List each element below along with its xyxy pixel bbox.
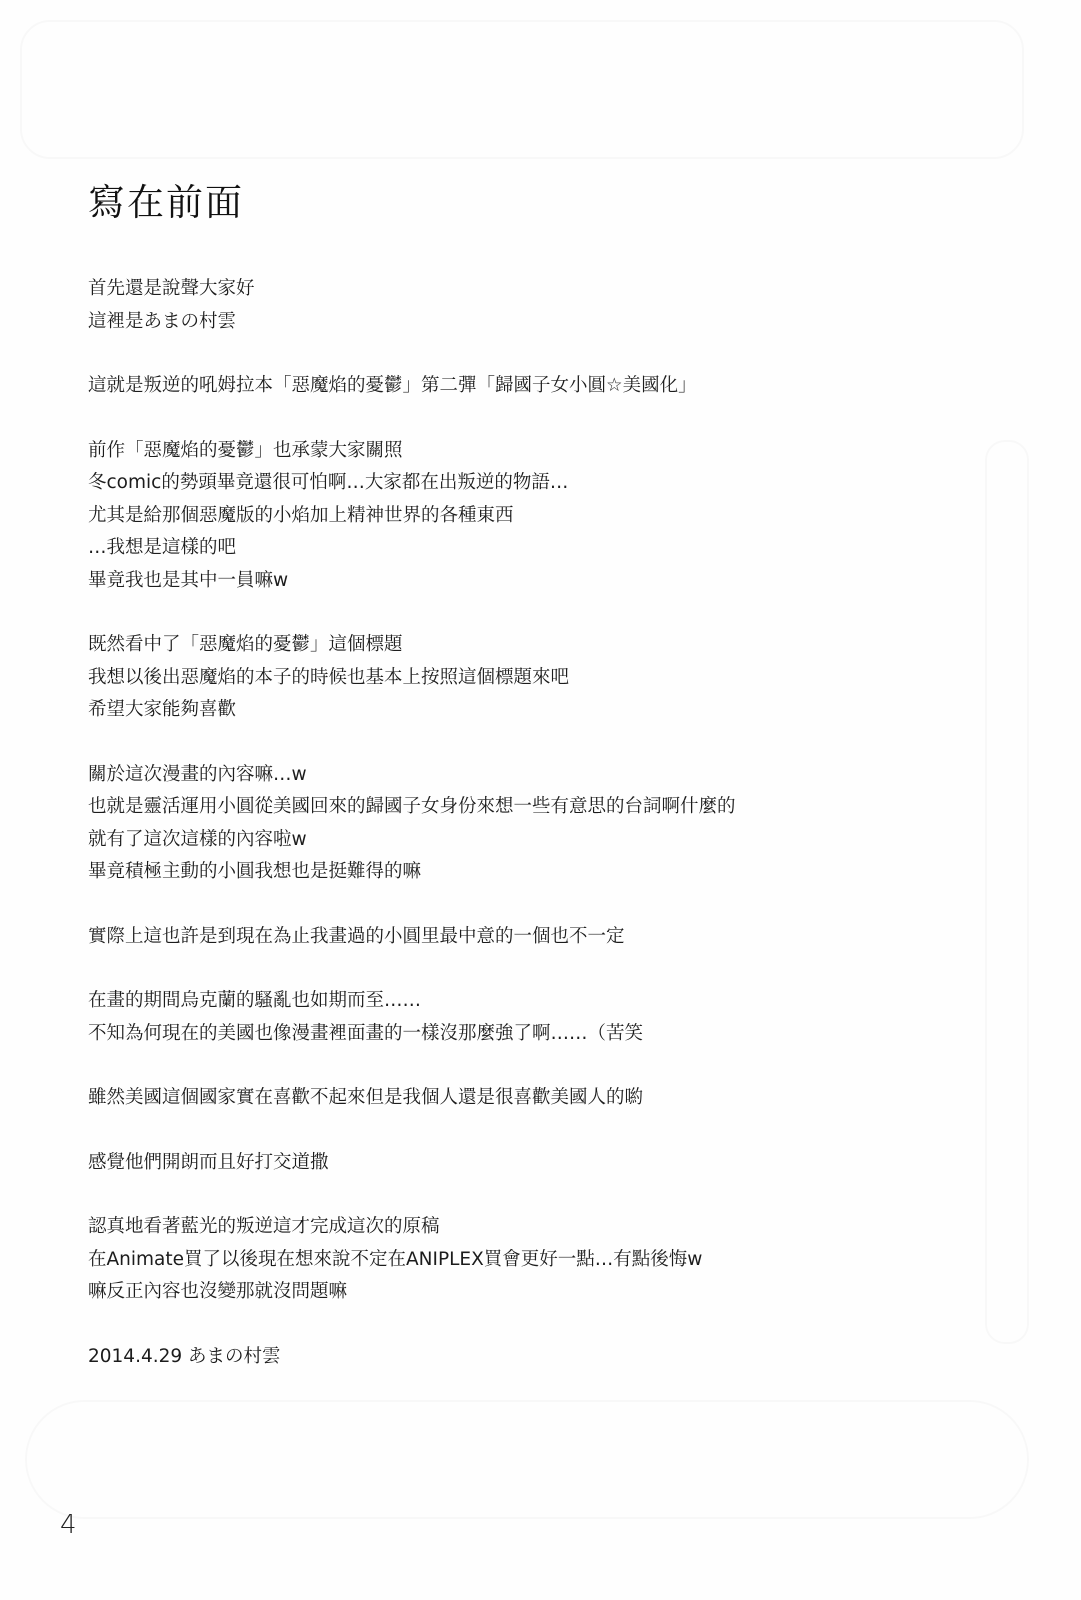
text-line: 尤其是給那個惡魔版的小焰加上精神世界的各種東西 bbox=[88, 500, 988, 533]
page-number: 4 bbox=[60, 1510, 77, 1540]
text-line: 感覺他們開朗而且好打交道撒 bbox=[88, 1147, 988, 1180]
afterword-body: 首先還是說聲大家好 這裡是あまの村雲 這就是叛逆的吼姆拉本「惡魔焰的憂鬱」第二彈… bbox=[88, 273, 988, 1373]
paragraph-previous-work: 前作「惡魔焰的憂鬱」也承蒙大家關照 冬comic的勢頭畢竟還很可怕啊…大家都在出… bbox=[88, 435, 988, 598]
scan-bleedthrough-right bbox=[985, 440, 1029, 1344]
scan-bleedthrough-bottom bbox=[25, 1400, 1029, 1519]
paragraph-introduction: 這就是叛逆的吼姆拉本「惡魔焰的憂鬱」第二彈「歸國子女小圓☆美國化」 bbox=[88, 370, 988, 403]
text-line: 在Animate買了以後現在想來說不定在ANIPLEX買會更好一點…有點後悔w bbox=[88, 1244, 988, 1277]
text-line: 畢竟積極主動的小圓我想也是挺難得的嘛 bbox=[88, 856, 988, 889]
text-line: 首先還是說聲大家好 bbox=[88, 273, 988, 306]
text-line: 希望大家能夠喜歡 bbox=[88, 694, 988, 727]
text-line: 不知為何現在的美國也像漫畫裡面畫的一樣沒那麼強了啊……（苦笑 bbox=[88, 1018, 988, 1051]
paragraph-ukraine: 在畫的期間烏克蘭的騷亂也如期而至…… 不知為何現在的美國也像漫畫裡面畫的一樣沒那… bbox=[88, 985, 988, 1050]
text-line: 雖然美國這個國家實在喜歡不起來但是我個人還是很喜歡美國人的喲 bbox=[88, 1082, 988, 1115]
paragraph-greeting: 首先還是說聲大家好 這裡是あまの村雲 bbox=[88, 273, 988, 338]
scan-bleedthrough-top bbox=[20, 20, 1024, 159]
text-line: 就有了這次這樣的內容啦w bbox=[88, 824, 988, 857]
text-line: 關於這次漫畫的內容嘛…w bbox=[88, 759, 988, 792]
text-line: 在畫的期間烏克蘭的騷亂也如期而至…… bbox=[88, 985, 988, 1018]
paragraph-series-title: 既然看中了「惡魔焰的憂鬱」這個標題 我想以後出惡魔焰的本子的時候也基本上按照這個… bbox=[88, 629, 988, 727]
text-line: 畢竟我也是其中一員嘛w bbox=[88, 565, 988, 598]
page-title: 寫在前面 bbox=[88, 178, 244, 228]
signature-date-author: 2014.4.29 あまの村雲 bbox=[88, 1341, 988, 1374]
paragraph-favorite: 實際上這也許是到現在為止我畫過的小圓里最中意的一個也不一定 bbox=[88, 921, 988, 954]
text-line: 認真地看著藍光的叛逆這才完成這次的原稿 bbox=[88, 1211, 988, 1244]
paragraph-manuscript: 認真地看著藍光的叛逆這才完成這次的原稿 在Animate買了以後現在想來說不定在… bbox=[88, 1211, 988, 1309]
paragraph-content: 關於這次漫畫的內容嘛…w 也就是靈活運用小圓從美國回來的歸國子女身份來想一些有意… bbox=[88, 759, 988, 889]
text-line: 這就是叛逆的吼姆拉本「惡魔焰的憂鬱」第二彈「歸國子女小圓☆美國化」 bbox=[88, 370, 988, 403]
text-line: 也就是靈活運用小圓從美國回來的歸國子女身份來想一些有意思的台詞啊什麼的 bbox=[88, 791, 988, 824]
document-page: 寫在前面 首先還是說聲大家好 這裡是あまの村雲 這就是叛逆的吼姆拉本「惡魔焰的憂… bbox=[0, 0, 1081, 1600]
text-line: 前作「惡魔焰的憂鬱」也承蒙大家關照 bbox=[88, 435, 988, 468]
text-line: 實際上這也許是到現在為止我畫過的小圓里最中意的一個也不一定 bbox=[88, 921, 988, 954]
text-line: 冬comic的勢頭畢竟還很可怕啊…大家都在出叛逆的物語… bbox=[88, 467, 988, 500]
text-line: 既然看中了「惡魔焰的憂鬱」這個標題 bbox=[88, 629, 988, 662]
text-line: 這裡是あまの村雲 bbox=[88, 306, 988, 339]
text-line: …我想是這樣的吧 bbox=[88, 532, 988, 565]
paragraph-americans: 感覺他們開朗而且好打交道撒 bbox=[88, 1147, 988, 1180]
paragraph-america: 雖然美國這個國家實在喜歡不起來但是我個人還是很喜歡美國人的喲 bbox=[88, 1082, 988, 1115]
text-line: 我想以後出惡魔焰的本子的時候也基本上按照這個標題來吧 bbox=[88, 662, 988, 695]
text-line: 嘛反正內容也沒變那就沒問題嘛 bbox=[88, 1276, 988, 1309]
